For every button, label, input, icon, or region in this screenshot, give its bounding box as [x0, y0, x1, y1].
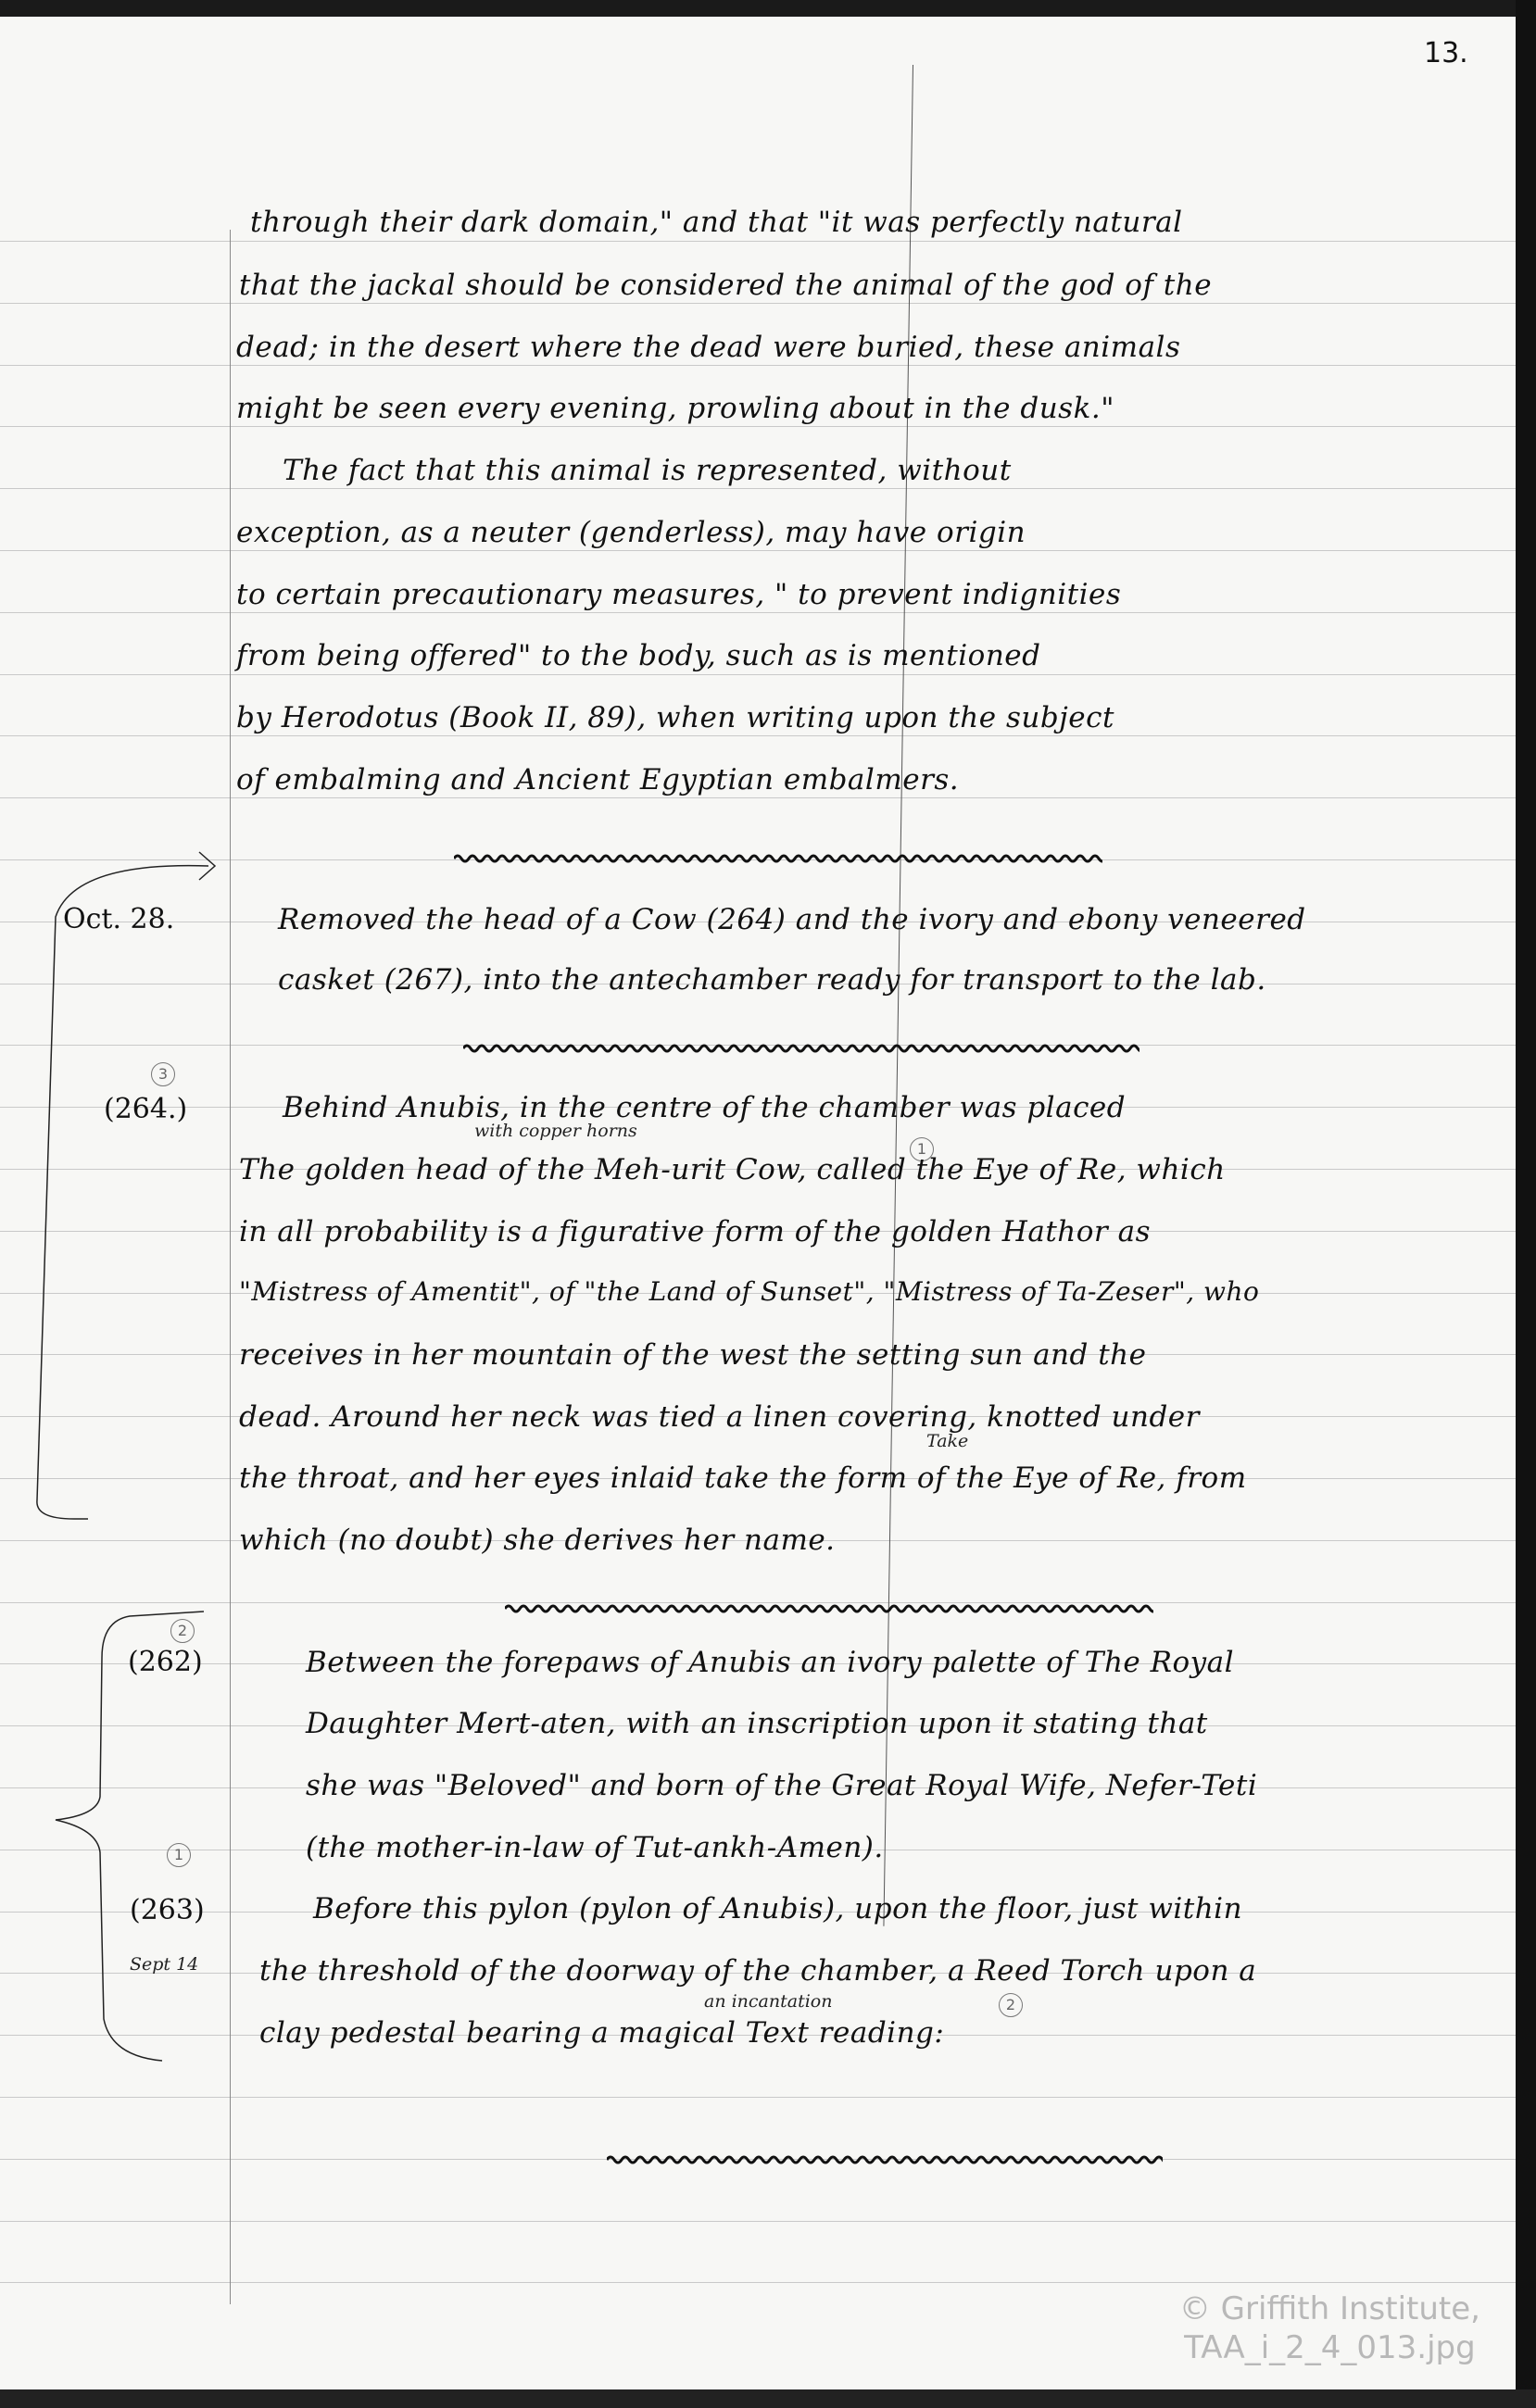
- text-line: dead; in the desert where the dead were …: [236, 331, 1180, 364]
- text-line: in all probability is a figurative form …: [239, 1215, 1151, 1248]
- page-edge-shadow: [1516, 0, 1536, 2408]
- watermark-line: TAA_i_2_4_013.jpg: [1179, 2328, 1480, 2367]
- interlinear-insert: with copper horns: [474, 1121, 637, 1141]
- text-line: which (no doubt) she derives her name.: [239, 1524, 836, 1557]
- text-line: (the mother-in-law of Tut-ankh-Amen).: [306, 1831, 884, 1864]
- text-line: to certain precautionary measures, " to …: [236, 578, 1121, 611]
- text-line: exception, as a neuter (genderless), may…: [236, 516, 1026, 549]
- text-line: The fact that this animal is represented…: [283, 454, 1012, 487]
- text-line: Daughter Mert-aten, with an inscription …: [306, 1707, 1208, 1740]
- interlinear-insert: an incantation: [704, 1991, 832, 2012]
- text-line: from being offered" to the body, such as…: [236, 639, 1040, 672]
- text-line: she was "Beloved" and born of the Great …: [306, 1769, 1257, 1802]
- text-line: Between the forepaws of Anubis an ivory …: [306, 1646, 1234, 1679]
- text-line: "Mistress of Amentit", of "the Land of S…: [239, 1276, 1259, 1307]
- text-line: dead. Around her neck was tied a linen c…: [239, 1400, 1200, 1434]
- wavy-separator: [505, 1602, 1153, 1615]
- watermark-line: © Griffith Institute,: [1179, 2289, 1480, 2328]
- text-line: Behind Anubis, in the centre of the cham…: [283, 1091, 1126, 1124]
- text-line: clay pedestal bearing a magical Text rea…: [259, 2016, 944, 2050]
- page-number: 13.: [1424, 37, 1468, 69]
- text-line: of embalming and Ancient Egyptian embalm…: [236, 763, 959, 796]
- text-line: Before this pylon (pylon of Anubis), upo…: [313, 1892, 1242, 1925]
- text-line: might be seen every evening, prowling ab…: [236, 392, 1114, 425]
- ruled-line: [0, 2221, 1516, 2222]
- text-line: The golden head of the Meh-urit Cow, cal…: [239, 1153, 1226, 1186]
- wavy-separator: [463, 1042, 1139, 1055]
- footnote-mark: 2: [999, 1993, 1023, 2017]
- wavy-separator: [454, 852, 1102, 865]
- text-line: the threshold of the doorway of the cham…: [259, 1954, 1256, 1988]
- wavy-separator: [607, 2153, 1163, 2166]
- text-line: that the jackal should be considered the…: [239, 269, 1212, 302]
- interlinear-correction: Take: [926, 1431, 968, 1451]
- text-line: Removed the head of a Cow (264) and the …: [278, 903, 1306, 936]
- copyright-watermark: © Griffith Institute, TAA_i_2_4_013.jpg: [1179, 2289, 1480, 2367]
- margin-bracket-arrow: [0, 0, 241, 2130]
- text-line: casket (267), into the antechamber ready…: [278, 963, 1266, 997]
- page-edge-shadow-bottom: [0, 2389, 1536, 2408]
- text-line: the throat, and her eyes inlaid take the…: [239, 1461, 1247, 1495]
- text-line: through their dark domain," and that "it…: [250, 206, 1183, 239]
- ruled-line: [0, 2282, 1516, 2283]
- text-line: receives in her mountain of the west the…: [239, 1338, 1146, 1372]
- text-line: by Herodotus (Book II, 89), when writing…: [236, 701, 1114, 734]
